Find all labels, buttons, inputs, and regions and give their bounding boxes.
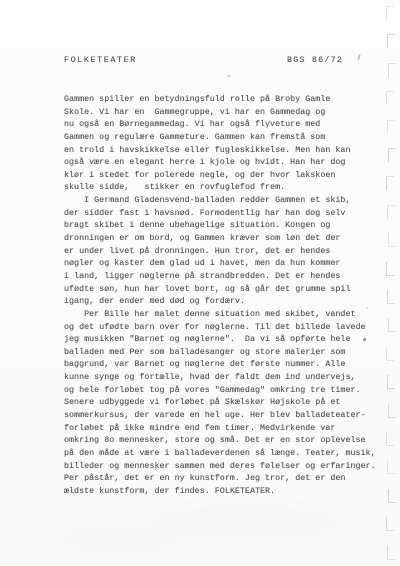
document-reference-number: BGS 86/72 [287,55,343,65]
page-edge-mark [388,148,396,162]
text-line: skulle sidde, stikker en rovfuglefod fre… [64,181,376,194]
page-edge-mark [386,517,394,531]
page-edge-mark [388,318,396,332]
text-line: dronningen er om bord, og Gammen kræver … [64,232,376,245]
text-line: og hele forløbet tog på vores "Gammedag"… [64,384,376,397]
text-line: bragt skibet i denne ubehagelige situati… [64,219,376,232]
text-line: der sidder fast i havsnød. Formodentlig … [64,207,376,220]
document-body: Gammen spiller en betydningsfuld rolle p… [64,93,376,498]
page-edge-mark [386,176,394,190]
text-line: og det ufødte barn over for nøglerne. Ti… [64,321,376,334]
text-line: på den måde at være i balladeverdenen så… [64,447,376,460]
text-line: Senere udbyggede vi forløbet på Skælskør… [64,396,376,409]
text-line: balladen med Per som balladesanger og st… [64,346,376,359]
text-line: ufødte søn, hun har lovet bort, og så gå… [64,283,376,296]
scan-smudge [60,528,180,550]
page-edge-mark [386,347,394,361]
page-edge-mark [386,91,394,105]
page-edge-mark [388,489,396,503]
text-line: sommerkursus, der varede en hel uge. Her… [64,409,376,422]
paper-speck [366,307,368,309]
text-line: også være en elegant herre i kjole og hv… [64,156,376,169]
scanned-document-page: FOLKETEATER BGS 86/72 - Gammen spiller e… [0,0,400,566]
pencil-tick-mark [357,54,360,60]
text-line: forløbet på ikke mindre end fem timer. M… [64,422,376,435]
page-edge-mark [387,375,395,389]
page-edge-mark [386,6,394,20]
text-line: I Germand Gladensvend-balladen redder Ga… [64,194,376,207]
text-line: klør i stedet for polerede negle, og der… [64,169,376,182]
text-line: nu også en Børnegammedag. Vi har også fl… [64,118,376,131]
text-line: i land, ligger nøglerne på strandbredden… [64,270,376,283]
text-line: Gammen og regulære Gammeture. Gammen kan… [64,131,376,144]
text-line: jeg musikken "Barnet og nøglerne". Da vi… [64,333,376,346]
page-edge-mark [387,460,395,474]
text-line: baggrund, var Barnet og nøglerne det før… [64,358,376,371]
page-edge-mark [387,120,395,134]
text-line: kunne synge og fortælle, hvad der faldt … [64,371,376,384]
page-edge-mark [387,290,395,304]
page-edge-mark [387,34,395,48]
page-edge-mark [388,233,396,247]
page-edge-mark [388,404,396,418]
text-line: omkring 8o mennesker, store og små. Det … [64,434,376,447]
page-edge-mark [386,262,394,276]
text-line: ældste kunstform, der findes. FOLKETEATE… [64,485,376,498]
text-line: nøgler og kaster dem glad ud i havet, me… [64,257,376,270]
text-line: billeder og mennesker sammen med deres f… [64,460,376,473]
page-edge-mark [386,432,394,446]
text-line: Skole. Vi har en Gammegruppe, vi har en … [64,106,376,119]
scan-smudge [150,505,340,539]
text-line: er under livet på dronningen. Hun tror, … [64,245,376,258]
text-line: Per Bille har malet denne situation med … [64,308,376,321]
text-line: Gammen spiller en betydningsfuld rolle p… [64,93,376,106]
page-edge-mark [387,205,395,219]
page-edge-mark [388,63,396,77]
text-line: Per påstår, det er en ny kunstform. Jeg … [64,472,376,485]
separator-dash: - [226,72,232,83]
text-line: en trold i havskikkelse eller fugleskikk… [64,144,376,157]
document-title: FOLKETEATER [64,55,137,65]
text-line: igang, der ender med død og fordærv. [64,295,376,308]
page-edge-mark [387,546,395,560]
paper-speck [363,338,366,341]
